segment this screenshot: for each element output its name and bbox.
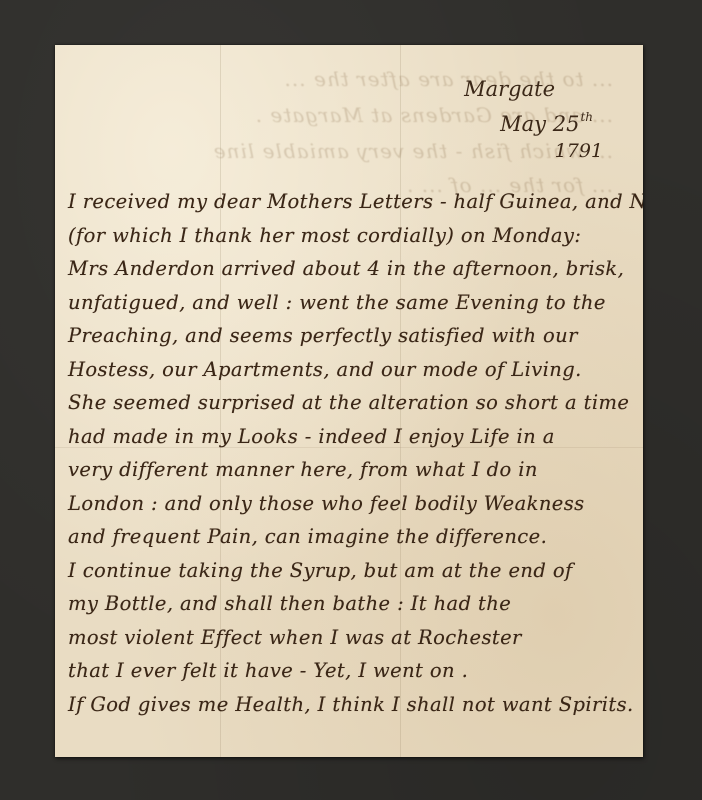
letter-body: I received my dear Mothers Letters - hal… bbox=[68, 185, 631, 721]
letter-line: and frequent Pain, can imagine the diffe… bbox=[68, 520, 631, 554]
letter-line: most violent Effect when I was at Roches… bbox=[68, 621, 631, 655]
letter-line: She seemed surprised at the alteration s… bbox=[68, 386, 631, 420]
letter-line: London : and only those who feel bodily … bbox=[68, 487, 631, 521]
letter-line: unfatigued, and well : went the same Eve… bbox=[68, 286, 631, 320]
letter-date: May 25th bbox=[464, 103, 593, 138]
letter-date-day: May 25 bbox=[500, 112, 579, 136]
letter-place: Margate bbox=[464, 75, 555, 103]
letter-line: had made in my Looks - indeed I enjoy Li… bbox=[68, 420, 631, 454]
letter-year: 1791 bbox=[464, 138, 603, 164]
letter-line: that I ever felt it have - Yet, I went o… bbox=[68, 654, 631, 688]
letter-page: ... to the dear are after the ... ... an… bbox=[55, 45, 643, 757]
letter-date-suffix: th bbox=[580, 110, 593, 124]
letter-line: If God gives me Health, I think I shall … bbox=[68, 688, 631, 722]
letter-line: I received my dear Mothers Letters - hal… bbox=[68, 185, 631, 219]
letter-line: I continue taking the Syrup, but am at t… bbox=[68, 554, 631, 588]
letter-line: Hostess, our Apartments, and our mode of… bbox=[68, 353, 631, 387]
letter-line: my Bottle, and shall then bathe : It had… bbox=[68, 587, 631, 621]
letter-line: very different manner here, from what I … bbox=[68, 453, 631, 487]
letter-heading: Margate May 25th 1791 bbox=[464, 75, 603, 164]
letter-line: Preaching, and seems perfectly satisfied… bbox=[68, 319, 631, 353]
letter-line: Mrs Anderdon arrived about 4 in the afte… bbox=[68, 252, 631, 286]
letter-line: (for which I thank her most cordially) o… bbox=[68, 219, 631, 253]
